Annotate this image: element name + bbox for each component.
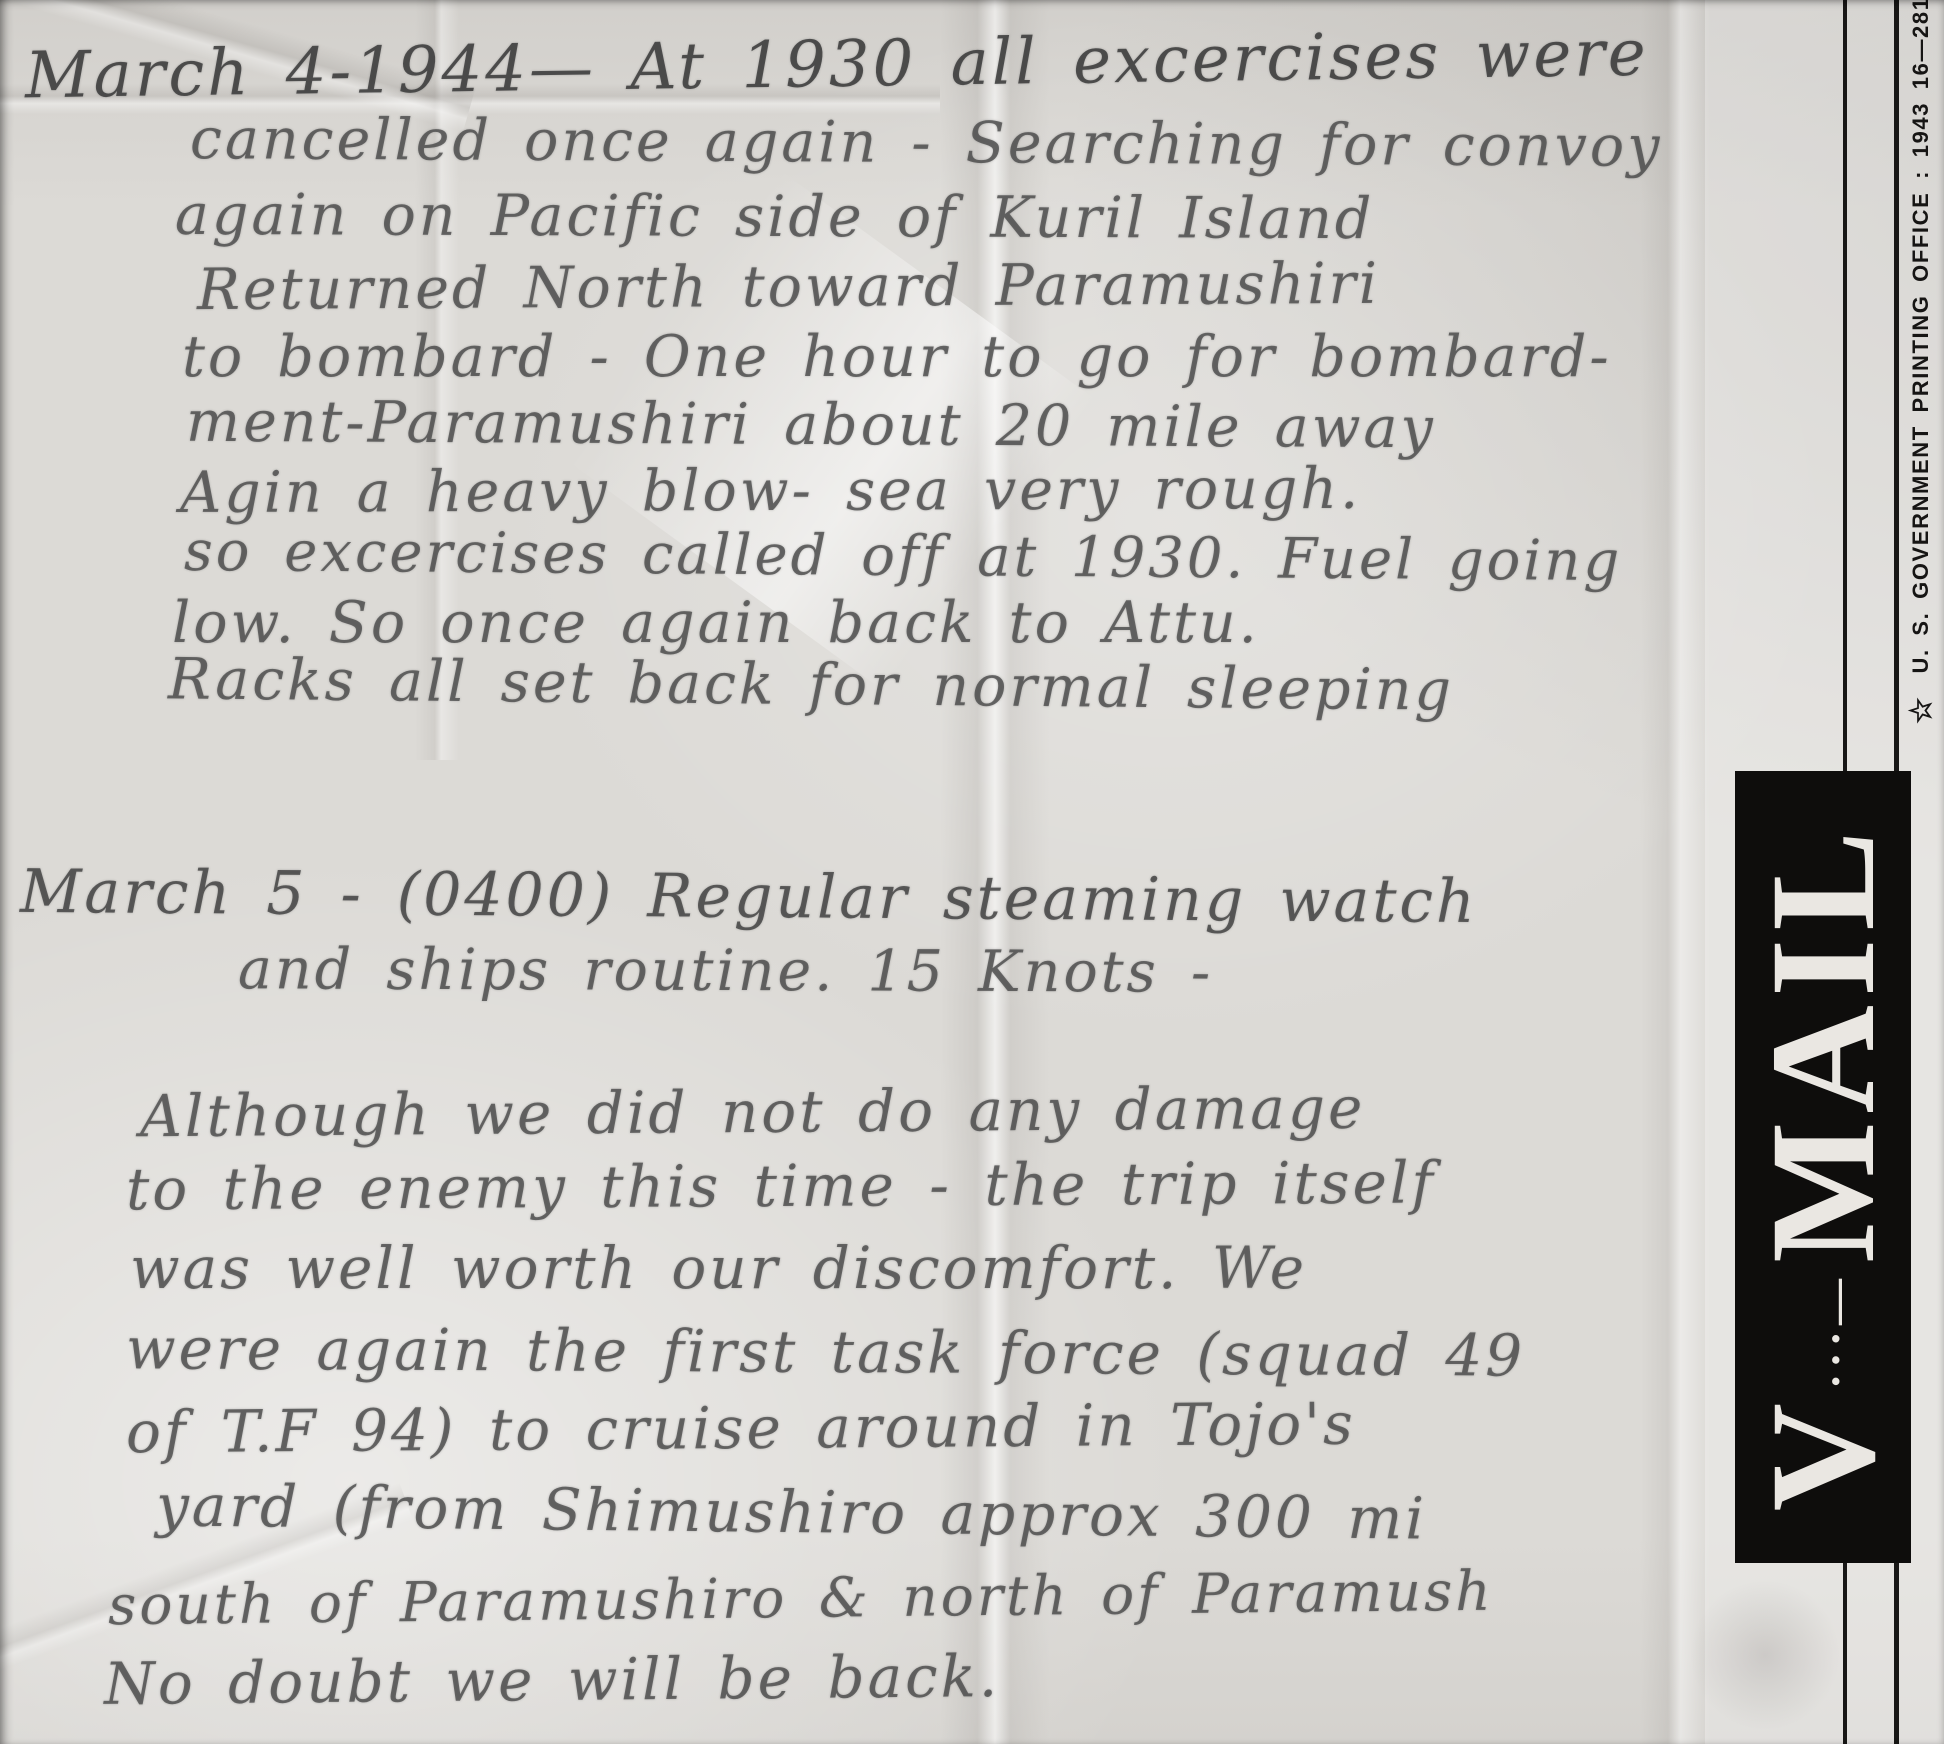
paper-smudge (1690, 1580, 1840, 1730)
handwritten-line: Agin a heavy blow- sea very rough. (180, 456, 1361, 526)
handwritten-line: yard (from Shimushiro approx 300 mi (156, 1471, 1428, 1552)
handwritten-line: low. So once again back to Attu. (172, 590, 1260, 656)
handwritten-line: was well worth our discomfort. We (130, 1234, 1307, 1302)
handwritten-line: to the enemy this time - the trip itself (126, 1149, 1436, 1224)
vmail-logo-box: V···—MAIL (1736, 772, 1910, 1562)
gpo-imprint-text: U. S. GOVERNMENT PRINTING OFFICE : 1943 … (1908, 0, 1933, 674)
paper-crease-right-fold (1640, 0, 1710, 1744)
handwritten-line-date-march-5: March 5 - (0400) Regular steaming watch (20, 857, 1478, 937)
vmail-letter-scan: March 4-1944— At 1930 all excercises wer… (0, 0, 1944, 1744)
handwritten-line: and ships routine. 15 Knots - (238, 936, 1213, 1005)
handwritten-line: of T.F 94) to cruise around in Tojo's (126, 1390, 1356, 1467)
handwritten-line: cancelled once again - Searching for con… (190, 106, 1663, 180)
vmail-logo-text: V···—MAIL (1736, 772, 1910, 1562)
handwritten-line: south of Paramushiro & north of Paramush (108, 1559, 1494, 1638)
handwritten-line-date-march-4: March 4-1944— At 1930 all excercises wer… (25, 17, 1650, 114)
handwritten-line: again on Pacific side of Kuril Island (175, 182, 1375, 252)
gpo-imprint: ☆U. S. GOVERNMENT PRINTING OFFICE : 1943… (1902, 0, 1940, 724)
handwritten-line: Although we did not do any damage (140, 1074, 1366, 1151)
handwritten-line: No doubt we will be back. (104, 1642, 1001, 1718)
vmail-logo-morse-code: ···— (1810, 1273, 1861, 1389)
handwritten-line: Returned North toward Paramushiri (197, 251, 1380, 323)
handwritten-line: so excercises called off at 1930. Fuel g… (184, 519, 1623, 594)
handwritten-line: were again the first task force (squad 4… (126, 1314, 1526, 1389)
handwritten-line: ment-Paramushiri about 20 mile away (186, 389, 1436, 462)
vmail-logo-mail: MAIL (1740, 823, 1906, 1263)
vmail-logo-v: V (1740, 1395, 1906, 1511)
handwritten-line: to bombard - One hour to go for bombard- (182, 324, 1612, 390)
star-icon: ☆ (1905, 696, 1938, 725)
handwritten-line: Racks all set back for normal sleeping (168, 646, 1454, 723)
